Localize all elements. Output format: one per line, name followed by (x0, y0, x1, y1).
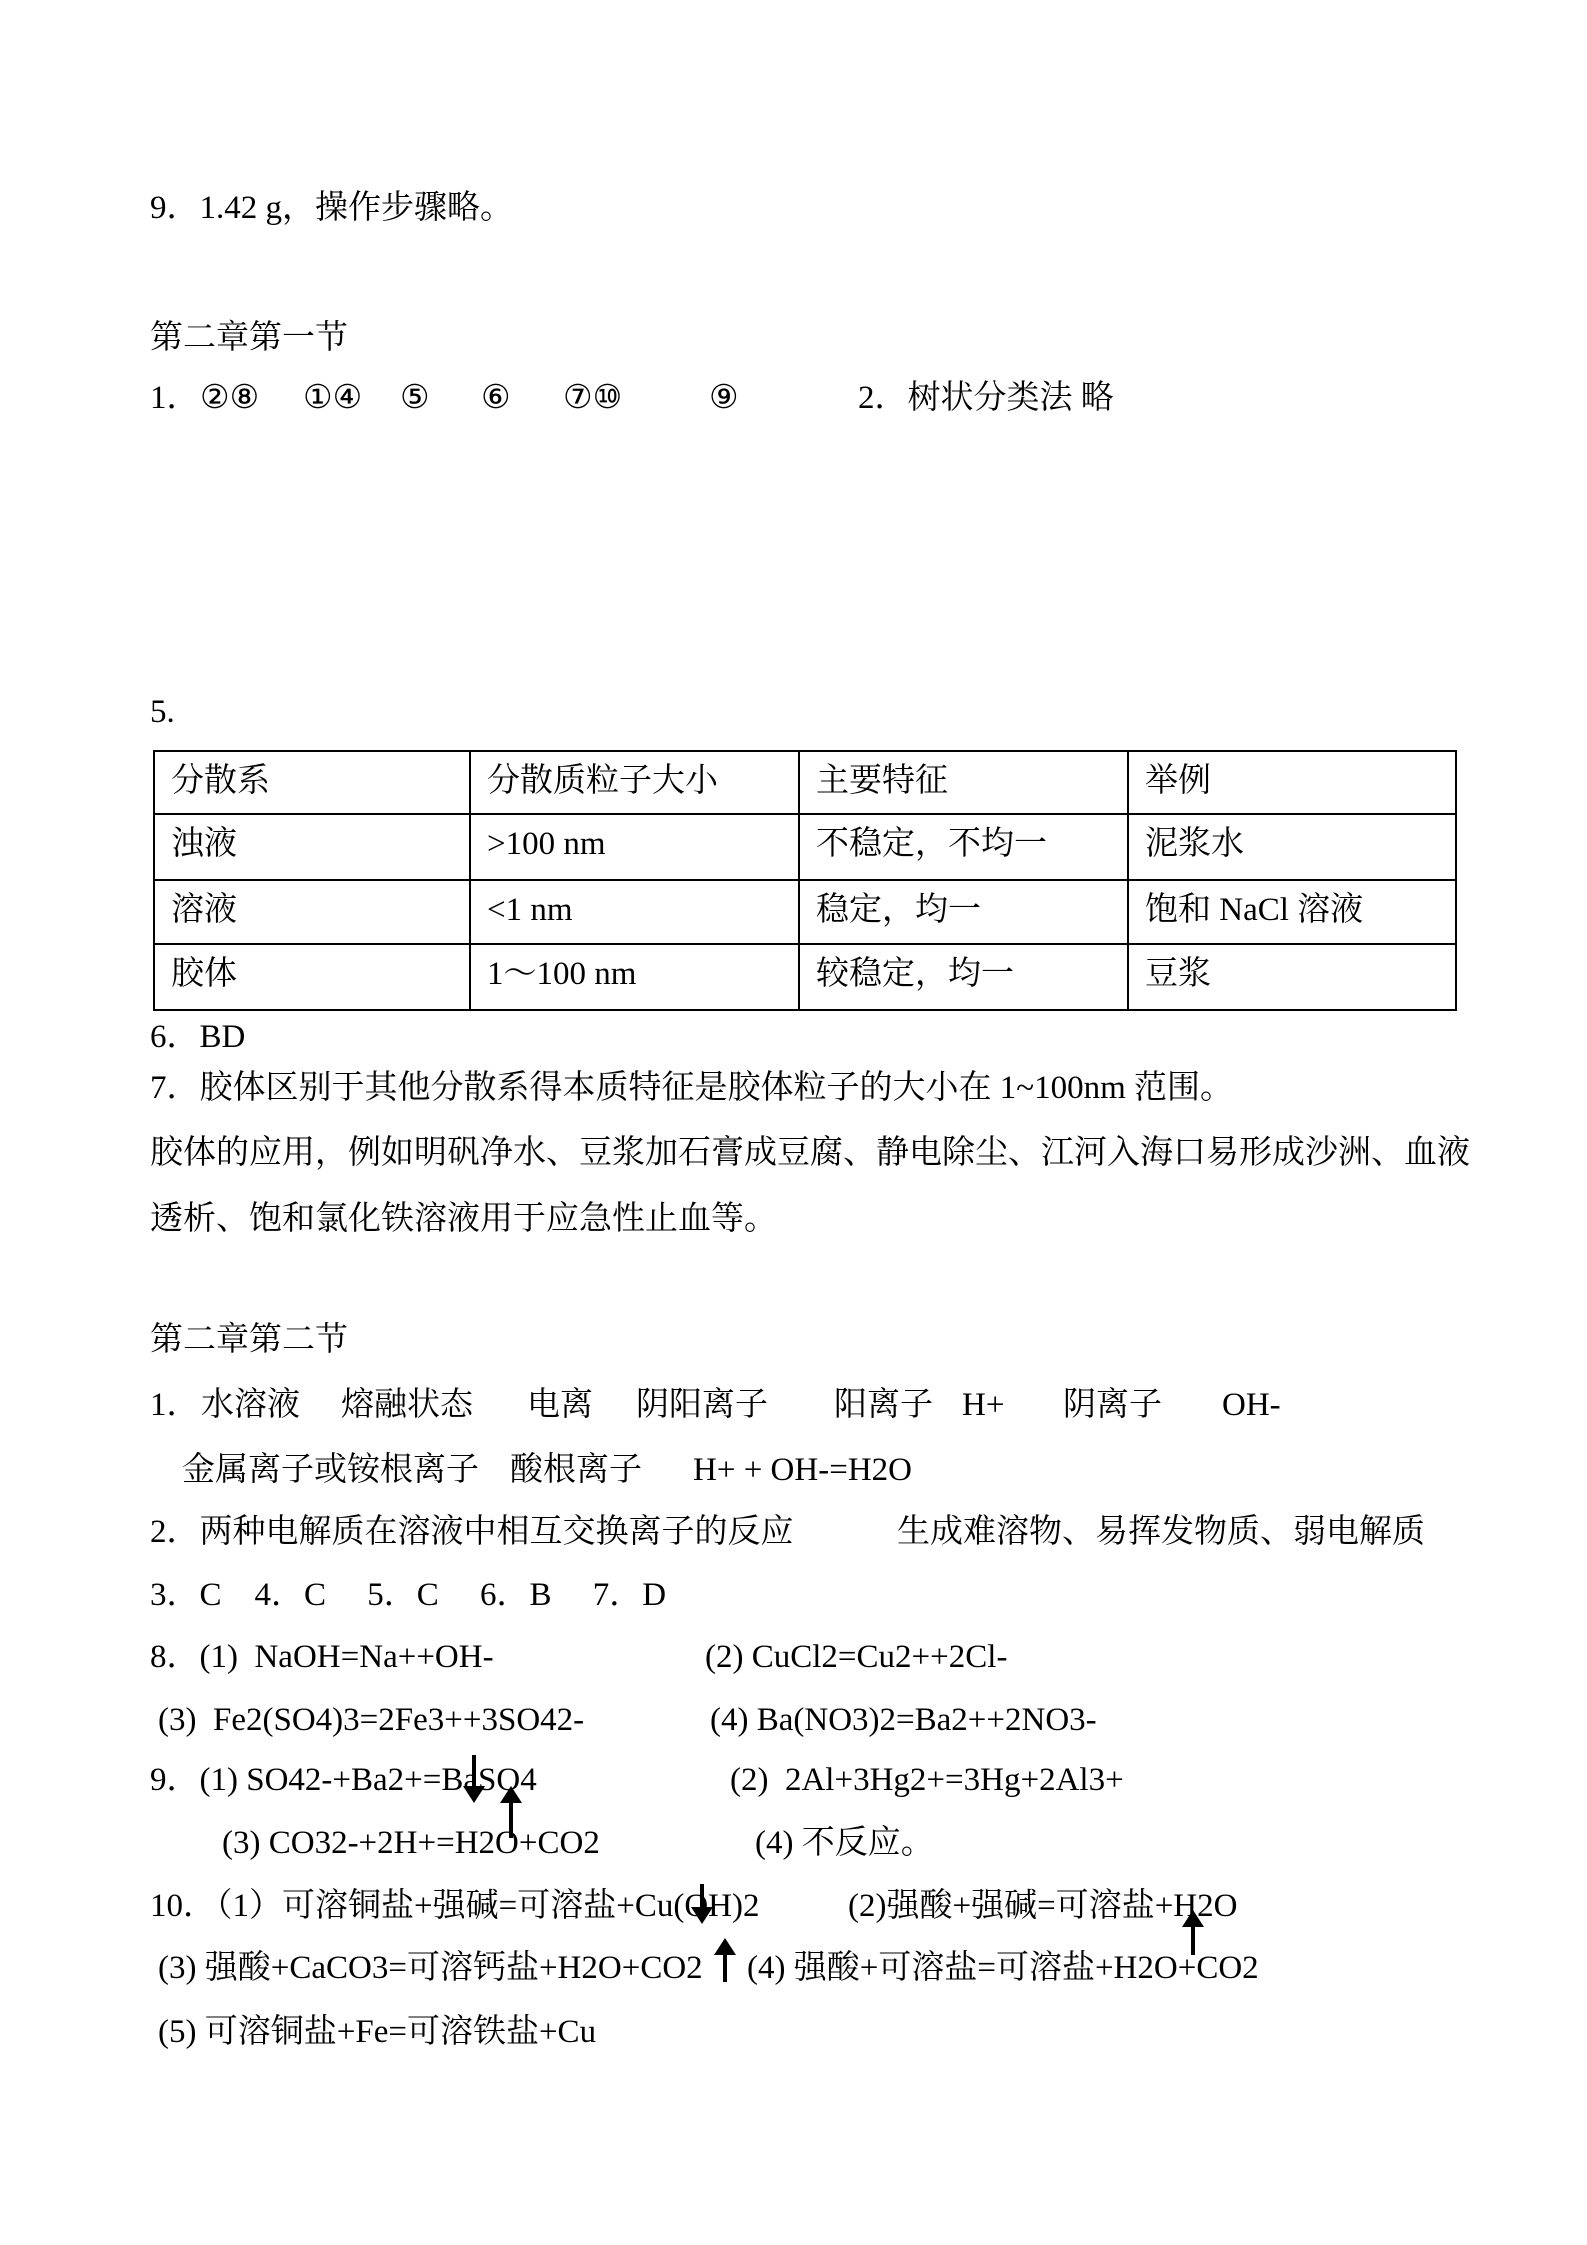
table-cell: 稳定，均一 (799, 880, 1128, 944)
s2-q1-line1-seg: 电离 (527, 1385, 593, 1426)
s2-q2-answer-seg: 生成难溶物、易挥发物质、弱电解质 (897, 1512, 1425, 1553)
down-arrow-icon (690, 1884, 714, 1924)
table-cell: 饱和 NaCl 溶液 (1128, 880, 1456, 944)
s2-q1-line2-seg: 酸根离子 (510, 1450, 642, 1491)
s2-q8-line1-seg: (2) CuCl2=Cu2++2Cl- (705, 1637, 1007, 1678)
table-cell: 较稳定，均一 (799, 944, 1128, 1010)
q1-circled-answers-seg: ⑥ (481, 378, 511, 419)
s2-q8-line1-seg: 8．(1) NaOH=Na++OH- (150, 1637, 494, 1678)
table-row: 浊液>100 nm不稳定，不均一泥浆水 (154, 814, 1456, 880)
s2-q1-line1-seg: 熔融状态 (341, 1385, 473, 1426)
s2-q1-line2: 金属离子或铵根离子酸根离子H+ + OH-=H2O (0, 1450, 1587, 1496)
s2-q9-line2-seg: (3) CO32-+2H+=H2O+CO2 (222, 1823, 600, 1864)
table-cell: >100 nm (470, 814, 799, 880)
s2-q8-line2: (3) Fe2(SO4)3=2Fe3++3SO42-(4) Ba(NO3)2=B… (0, 1700, 1587, 1746)
answer-9-chapter1: 9．1.42 g，操作步骤略。 (0, 188, 1587, 234)
s2-q10-line1-seg: 10．（1）可溶铜盐+强碱=可溶盐+Cu(OH)2 (150, 1886, 760, 1927)
q7-answer-line1: 7．胶体区别于其他分散系得本质特征是胶体粒子的大小在 1~100nm 范围。 (0, 1068, 1587, 1114)
s2-q1-line1-seg: H+ (962, 1385, 1004, 1426)
q1-circled-answers-seg: ⑤ (400, 378, 430, 419)
s2-q10-line1: 10．（1）可溶铜盐+强碱=可溶盐+Cu(OH)2(2)强酸+强碱=可溶盐+H2… (0, 1886, 1587, 1932)
up-arrow-icon (499, 1786, 523, 1838)
document-page: 9．1.42 g，操作步骤略。第二章第一节1．②⑧①④⑤⑥⑦⑩⑨2．树状分类法 … (0, 0, 1587, 2245)
s2-q8-line2-seg: (3) Fe2(SO4)3=2Fe3++3SO42- (158, 1700, 584, 1741)
table-header-cell: 分散系 (154, 751, 470, 814)
q7-answer-line3-seg: 透析、饱和氯化铁溶液用于应急性止血等。 (150, 1199, 777, 1240)
q7-answer-line2-seg: 胶体的应用，例如明矾净水、豆浆加石膏成豆腐、静电除尘、江河入海口易形成沙洲、血液 (150, 1133, 1470, 1174)
table-cell: 浊液 (154, 814, 470, 880)
section-heading-ch2-s1: 第二章第一节 (0, 318, 1587, 364)
section-heading-ch2-s1-seg: 第二章第一节 (150, 318, 348, 359)
s2-q1-line1-seg: 阴阳离子 (636, 1385, 768, 1426)
table-header-cell: 举例 (1128, 751, 1456, 814)
up-arrow-icon (713, 1938, 737, 1982)
q5-label: 5. (0, 692, 1587, 738)
table-cell: 1～100 nm (470, 944, 799, 1010)
table-header-row: 分散系分散质粒子大小主要特征举例 (154, 751, 1456, 814)
s2-q9-line2: (3) CO32-+2H+=H2O+CO2(4) 不反应。 (0, 1823, 1587, 1869)
s2-q9-line1: 9．(1) SO42-+Ba2+=BaSO4(2) 2Al+3Hg2+=3Hg+… (0, 1760, 1587, 1806)
q6-answer: 6．BD (0, 1017, 1587, 1063)
q1-circled-answers-seg: 1． (150, 378, 200, 419)
q5-label-seg: 5. (150, 692, 175, 733)
s2-q2-answer-seg: 2．两种电解质在溶液中相互交换离子的反应 (150, 1512, 794, 1553)
table-header-cell: 主要特征 (799, 751, 1128, 814)
s2-q2-answer: 2．两种电解质在溶液中相互交换离子的反应生成难溶物、易挥发物质、弱电解质 (0, 1512, 1587, 1558)
q6-answer-seg: 6．BD (150, 1017, 245, 1058)
table-cell: 泥浆水 (1128, 814, 1456, 880)
table-row: 胶体1～100 nm较稳定，均一豆浆 (154, 944, 1456, 1010)
s2-q10-line2-seg: (3) 强酸+CaCO3=可溶钙盐+H2O+CO2 (158, 1948, 703, 1989)
q1-circled-answers-seg: ②⑧ (200, 378, 259, 419)
s2-q10-line2: (3) 强酸+CaCO3=可溶钙盐+H2O+CO2(4) 强酸+可溶盐=可溶盐+… (0, 1948, 1587, 1994)
s2-q10-line1-seg: (2)强酸+强碱=可溶盐+H2O (848, 1886, 1237, 1927)
q7-answer-line1-seg: 7．胶体区别于其他分散系得本质特征是胶体粒子的大小在 1~100nm 范围。 (150, 1068, 1233, 1109)
q1-circled-answers-seg: 2．树状分类法 略 (858, 378, 1114, 419)
s2-q1-line1-seg: 1． (150, 1385, 200, 1426)
s2-q1-line1: 1．水溶液熔融状态电离阴阳离子阳离子H+阴离子OH- (0, 1385, 1587, 1431)
table-cell: 胶体 (154, 944, 470, 1010)
s2-q10-line3: (5) 可溶铜盐+Fe=可溶铁盐+Cu (0, 2012, 1587, 2058)
q1-circled-answers-seg: ⑨ (709, 378, 739, 419)
table-cell: 不稳定，不均一 (799, 814, 1128, 880)
section-heading-ch2-s2-seg: 第二章第二节 (150, 1320, 348, 1361)
s2-q1-line2-seg: 金属离子或铵根离子 (182, 1450, 479, 1491)
s2-q10-line3-seg: (5) 可溶铜盐+Fe=可溶铁盐+Cu (158, 2012, 596, 2053)
table-header-cell: 分散质粒子大小 (470, 751, 799, 814)
answer-9-chapter1-seg: 9．1.42 g，操作步骤略。 (150, 188, 513, 229)
table-cell: 溶液 (154, 880, 470, 944)
q7-answer-line3: 透析、饱和氯化铁溶液用于应急性止血等。 (0, 1199, 1587, 1245)
s2-q9-line2-seg: (4) 不反应。 (755, 1823, 934, 1864)
q1-circled-answers-seg: ①④ (303, 378, 362, 419)
up-arrow-icon (1181, 1910, 1205, 1955)
s2-q1-line1-seg: 阴离子 (1063, 1385, 1162, 1426)
s2-q1-line1-seg: 阳离子 (834, 1385, 933, 1426)
table-row: 溶液<1 nm稳定，均一饱和 NaCl 溶液 (154, 880, 1456, 944)
s2-q3-7-answers: 3．C 4．C 5．C 6．B 7．D (0, 1575, 1587, 1621)
table-cell: <1 nm (470, 880, 799, 944)
table-cell: 豆浆 (1128, 944, 1456, 1010)
s2-q9-line1-seg: (2) 2Al+3Hg2+=3Hg+2Al3+ (730, 1760, 1124, 1801)
dispersion-table: 分散系分散质粒子大小主要特征举例浊液>100 nm不稳定，不均一泥浆水溶液<1 … (153, 750, 1457, 1011)
q7-answer-line2: 胶体的应用，例如明矾净水、豆浆加石膏成豆腐、静电除尘、江河入海口易形成沙洲、血液 (0, 1133, 1587, 1179)
q1-circled-answers-seg: ⑦⑩ (563, 378, 622, 419)
section-heading-ch2-s2: 第二章第二节 (0, 1320, 1587, 1366)
s2-q1-line1-seg: 水溶液 (201, 1385, 300, 1426)
s2-q8-line1: 8．(1) NaOH=Na++OH-(2) CuCl2=Cu2++2Cl- (0, 1637, 1587, 1683)
down-arrow-icon (462, 1755, 486, 1803)
s2-q3-7-answers-seg: 3．C 4．C 5．C 6．B 7．D (150, 1575, 666, 1616)
s2-q1-line1-seg: OH- (1222, 1385, 1281, 1426)
s2-q1-line2-seg: H+ + OH-=H2O (693, 1450, 912, 1491)
q1-circled-answers: 1．②⑧①④⑤⑥⑦⑩⑨2．树状分类法 略 (0, 378, 1587, 424)
s2-q8-line2-seg: (4) Ba(NO3)2=Ba2++2NO3- (710, 1700, 1097, 1741)
